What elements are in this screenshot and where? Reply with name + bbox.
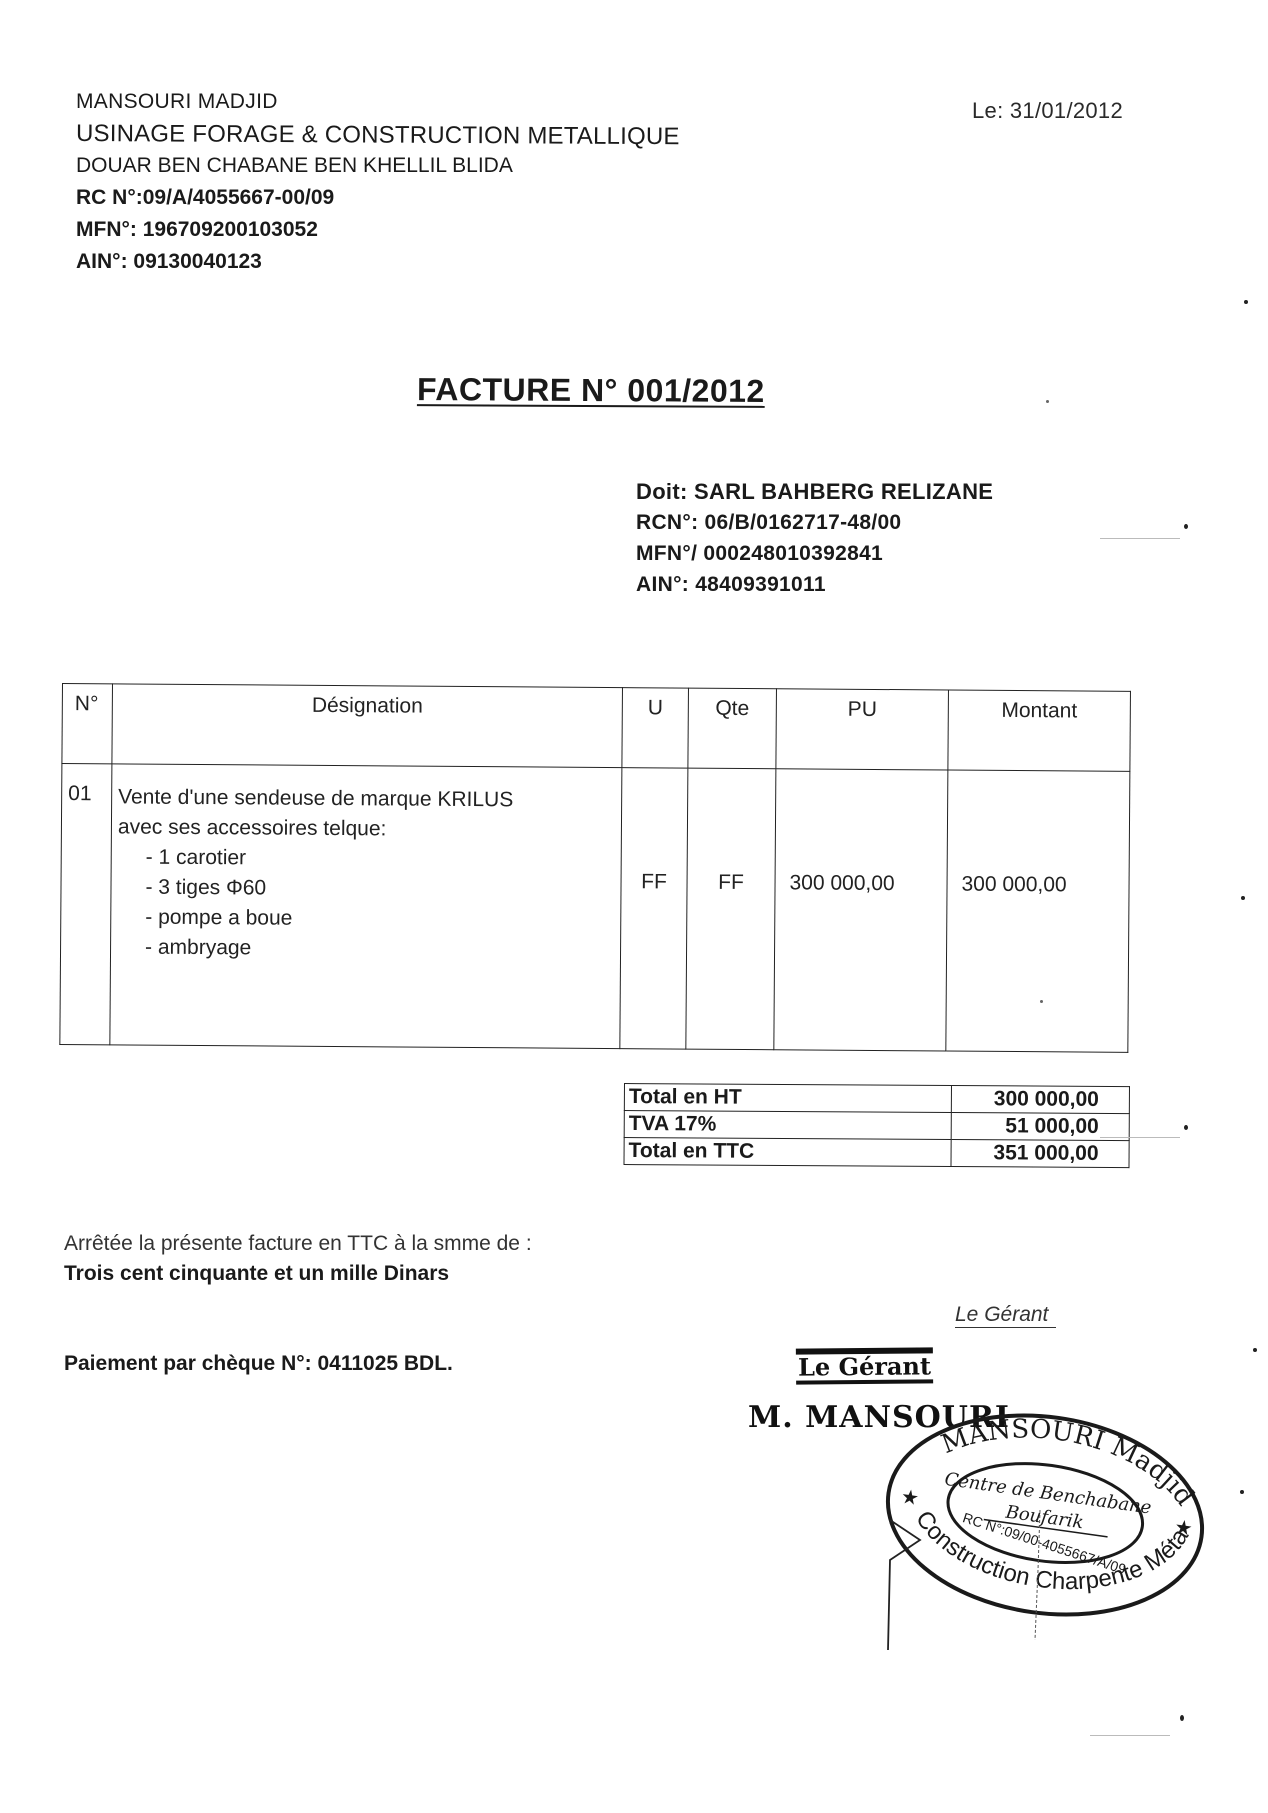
accessory-item: - ambryage xyxy=(117,932,620,966)
row-unit: FF xyxy=(620,768,688,1049)
invoice-title: FACTURE N° 001/2012 xyxy=(417,371,765,410)
total-ttc-row: Total en TTC 351 000,00 xyxy=(624,1138,1129,1168)
signature-stroke xyxy=(860,1500,1060,1660)
scan-speck xyxy=(1184,1125,1188,1130)
header-amount: Montant xyxy=(948,690,1131,771)
client-name: Doit: SARL BAHBERG RELIZANE xyxy=(636,476,993,507)
row-amount: 300 000,00 xyxy=(946,770,1130,1052)
scan-line xyxy=(1100,1137,1180,1138)
issuer-mfn: MFN°: 196709200103052 xyxy=(76,214,680,246)
client-rcn: RCN°: 06/B/0162717-48/00 xyxy=(636,507,993,538)
closing-statement: Arrêtée la présente facture en TTC à la … xyxy=(64,1232,532,1256)
header-unit-price: PU xyxy=(776,689,949,770)
total-ht-label: Total en HT xyxy=(624,1084,951,1113)
totals-table: Total en HT 300 000,00 TVA 17% 51 000,00… xyxy=(623,1083,1128,1168)
scan-speck xyxy=(1241,896,1245,900)
designation-line: avec ses accessoires telque: xyxy=(118,812,621,846)
row-designation: Vente d'une sendeuse de marque KRILUS av… xyxy=(110,764,622,1049)
client-mfn: MFN°/ 000248010392841 xyxy=(636,538,993,569)
items-header-row: N° Désignation U Qte PU Montant xyxy=(62,684,1131,772)
items-table: N° Désignation U Qte PU Montant 01 Vente… xyxy=(59,683,1130,1053)
scan-speck xyxy=(1253,1348,1257,1352)
payment-info: Paiement par chèque N°: 0411025 BDL. xyxy=(64,1352,453,1376)
issuer-ain: AIN°: 09130040123 xyxy=(76,246,680,278)
table-row: 01 Vente d'une sendeuse de marque KRILUS… xyxy=(60,764,1130,1053)
client-ain: AIN°: 48409391011 xyxy=(636,569,993,600)
header-designation: Désignation xyxy=(112,684,623,768)
total-ttc-label: Total en TTC xyxy=(624,1138,951,1167)
manager-label: Le Gérant xyxy=(955,1303,1056,1328)
issuer-address: DOUAR BEN CHABANE BEN KHELLIL BLIDA xyxy=(76,150,680,182)
issuer-activity: USINAGE FORAGE & CONSTRUCTION METALLIQUE xyxy=(76,118,680,153)
tva-label: TVA 17% xyxy=(624,1111,951,1140)
scan-line xyxy=(1100,538,1180,539)
total-ht-row: Total en HT 300 000,00 xyxy=(624,1084,1129,1114)
scan-speck xyxy=(1184,524,1188,529)
invoice-date: Le: 31/01/2012 xyxy=(972,98,1123,124)
scan-speck xyxy=(1046,400,1049,403)
client-block: Doit: SARL BAHBERG RELIZANE RCN°: 06/B/0… xyxy=(636,476,993,600)
header-quantity: Qte xyxy=(688,688,777,769)
row-number: 01 xyxy=(60,764,112,1045)
header-number: N° xyxy=(62,684,113,764)
header-unit: U xyxy=(622,688,689,768)
accessory-item: - 3 tiges Φ60 xyxy=(117,872,620,906)
issuer-block: MANSOURI MADJID USINAGE FORAGE & CONSTRU… xyxy=(76,86,680,278)
scan-speck xyxy=(1240,1490,1244,1494)
designation-line: Vente d'une sendeuse de marque KRILUS xyxy=(118,782,621,816)
amount-in-words: Trois cent cinquante et un mille Dinars xyxy=(64,1262,449,1286)
total-ttc-value: 351 000,00 xyxy=(951,1139,1129,1167)
issuer-rc: RC N°:09/A/4055667-00/09 xyxy=(76,182,680,214)
accessory-item: - pompe a boue xyxy=(117,902,620,936)
scan-line xyxy=(1090,1735,1170,1736)
scan-speck xyxy=(1040,1000,1043,1003)
scan-speck xyxy=(1180,1715,1184,1721)
star-icon: ★ xyxy=(1173,1516,1194,1540)
tva-row: TVA 17% 51 000,00 xyxy=(624,1111,1129,1141)
total-ht-value: 300 000,00 xyxy=(951,1086,1129,1114)
accessory-item: - 1 carotier xyxy=(118,842,621,876)
manager-stamp: Le Gérant xyxy=(796,1347,933,1384)
issuer-name: MANSOURI MADJID xyxy=(76,86,680,118)
scan-speck xyxy=(1244,300,1248,304)
row-unit-price: 300 000,00 xyxy=(774,769,948,1051)
row-quantity: FF xyxy=(686,768,776,1050)
